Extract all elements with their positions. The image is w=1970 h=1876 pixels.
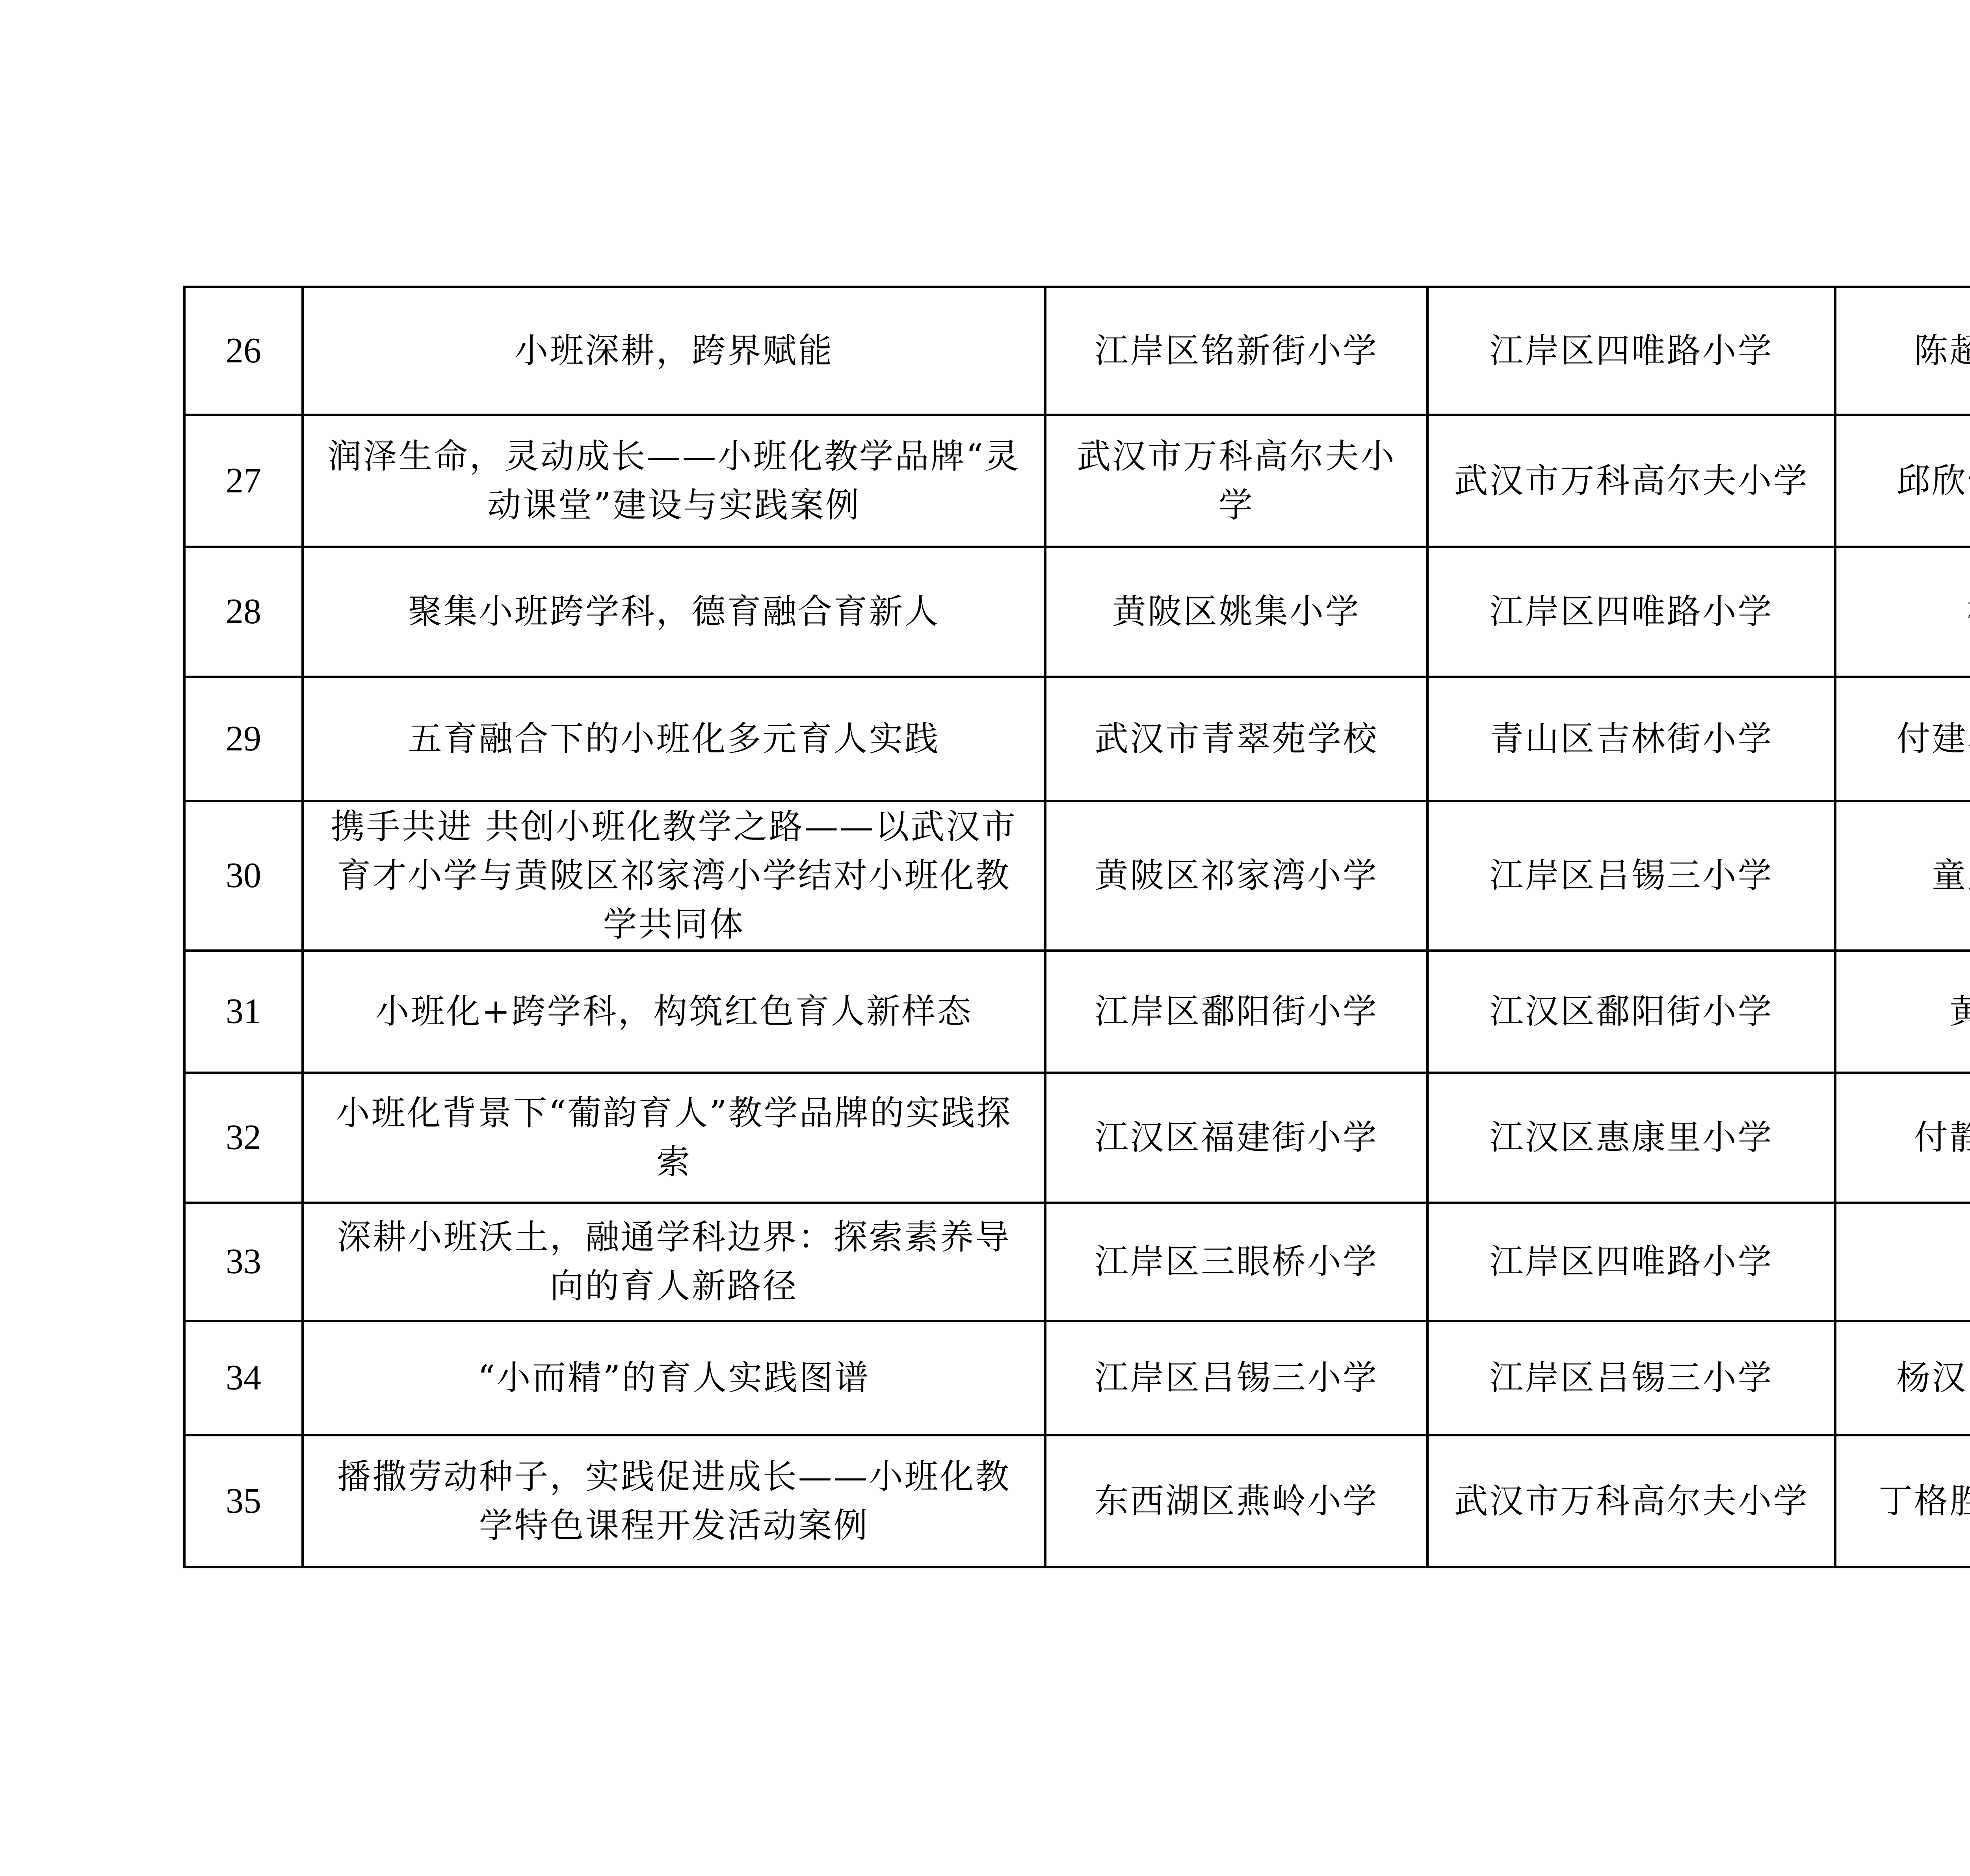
case-title: 播撒劳动种子，实践促进成长——小班化教学特色课程开发活动案例 <box>303 1435 1045 1567</box>
submitting-school: 黄陂区姚集小学 <box>1045 547 1427 677</box>
row-number: 26 <box>184 287 303 415</box>
authors: 杨汉中、雷云、戴波 <box>1835 1321 1970 1435</box>
authors: 谢文俊 <box>1835 1203 1970 1321</box>
authors: 丁格胜、杨德锋、冯威 <box>1835 1435 1970 1567</box>
submitting-school: 江岸区吕锡三小学 <box>1045 1321 1427 1435</box>
partner-school: 江汉区鄱阳街小学 <box>1427 951 1835 1073</box>
row-number: 32 <box>184 1073 303 1203</box>
table-row: 28 聚集小班跨学科，德育融合育新人 黄陂区姚集小学 江岸区四唯路小学 柳楷、喻… <box>184 547 1970 677</box>
table-row: 30 携手共进 共创小班化教学之路——以武汉市育才小学与黄陂区祁家湾小学结对小班… <box>184 801 1970 951</box>
submitting-school: 武汉市青翠苑学校 <box>1045 677 1427 801</box>
case-title: 小班化背景下“葡韵育人”教学品牌的实践探索 <box>303 1073 1045 1203</box>
row-number: 33 <box>184 1203 303 1321</box>
authors: 柳楷、喻丽 <box>1835 547 1970 677</box>
submitting-school: 江岸区铭新街小学 <box>1045 287 1427 415</box>
submitting-school: 东西湖区燕岭小学 <box>1045 1435 1427 1567</box>
authors: 邱欣怡、蔡青、高欣 <box>1835 415 1970 547</box>
case-title: 润泽生命，灵动成长——小班化教学品牌“灵动课堂”建设与实践案例 <box>303 415 1045 547</box>
table-row: 29 五育融合下的小班化多元育人实践 武汉市青翠苑学校 青山区吉林街小学 付建、… <box>184 677 1970 801</box>
submitting-school: 江岸区三眼桥小学 <box>1045 1203 1427 1321</box>
table-row: 31 小班化+跨学科，构筑红色育人新样态 江岸区鄱阳街小学 江汉区鄱阳街小学 黄… <box>184 951 1970 1073</box>
awards-table: 26 小班深耕，跨界赋能 江岸区铭新街小学 江岸区四唯路小学 陈超、舒凌、周萍 … <box>183 286 1970 1568</box>
submitting-school: 江汉区福建街小学 <box>1045 1073 1427 1203</box>
partner-school: 江汉区惠康里小学 <box>1427 1073 1835 1203</box>
case-title: 携手共进 共创小班化教学之路——以武汉市育才小学与黄陂区祁家湾小学结对小班化教学… <box>303 801 1045 951</box>
case-title: 深耕小班沃土，融通学科边界：探索素养导向的育人新路径 <box>303 1203 1045 1321</box>
case-title: 聚集小班跨学科，德育融合育新人 <box>303 547 1045 677</box>
submitting-school: 江岸区鄱阳街小学 <box>1045 951 1427 1073</box>
case-title: 小班化+跨学科，构筑红色育人新样态 <box>303 951 1045 1073</box>
partner-school: 江岸区吕锡三小学 <box>1427 801 1835 951</box>
authors: 陈超、舒凌、周萍 <box>1835 287 1970 415</box>
case-title: 五育融合下的小班化多元育人实践 <box>303 677 1045 801</box>
authors: 童启松、李珺婧 <box>1835 801 1970 951</box>
row-number: 34 <box>184 1321 303 1435</box>
awards-table-body: 26 小班深耕，跨界赋能 江岸区铭新街小学 江岸区四唯路小学 陈超、舒凌、周萍 … <box>184 287 1970 1567</box>
table-row: 32 小班化背景下“葡韵育人”教学品牌的实践探索 江汉区福建街小学 江汉区惠康里… <box>184 1073 1970 1203</box>
row-number: 35 <box>184 1435 303 1567</box>
partner-school: 江岸区四唯路小学 <box>1427 287 1835 415</box>
partner-school: 青山区吉林街小学 <box>1427 677 1835 801</box>
document-page: 26 小班深耕，跨界赋能 江岸区铭新街小学 江岸区四唯路小学 陈超、舒凌、周萍 … <box>0 0 1970 1876</box>
partner-school: 江岸区四唯路小学 <box>1427 547 1835 677</box>
row-number: 29 <box>184 677 303 801</box>
partner-school: 江岸区四唯路小学 <box>1427 1203 1835 1321</box>
case-title: 小班深耕，跨界赋能 <box>303 287 1045 415</box>
authors: 付静、刘静、李纲 <box>1835 1073 1970 1203</box>
submitting-school: 黄陂区祁家湾小学 <box>1045 801 1427 951</box>
table-row: 34 “小而精”的育人实践图谱 江岸区吕锡三小学 江岸区吕锡三小学 杨汉中、雷云… <box>184 1321 1970 1435</box>
row-number: 27 <box>184 415 303 547</box>
table-row: 33 深耕小班沃土，融通学科边界：探索素养导向的育人新路径 江岸区三眼桥小学 江… <box>184 1203 1970 1321</box>
table-row: 35 播撒劳动种子，实践促进成长——小班化教学特色课程开发活动案例 东西湖区燕岭… <box>184 1435 1970 1567</box>
table-row: 27 润泽生命，灵动成长——小班化教学品牌“灵动课堂”建设与实践案例 武汉市万科… <box>184 415 1970 547</box>
case-title: “小而精”的育人实践图谱 <box>303 1321 1045 1435</box>
submitting-school: 武汉市万科高尔夫小学 <box>1045 415 1427 547</box>
partner-school: 武汉市万科高尔夫小学 <box>1427 1435 1835 1567</box>
authors: 黄艳春、阮芬 <box>1835 951 1970 1073</box>
row-number: 31 <box>184 951 303 1073</box>
row-number: 30 <box>184 801 303 951</box>
partner-school: 武汉市万科高尔夫小学 <box>1427 415 1835 547</box>
partner-school: 江岸区吕锡三小学 <box>1427 1321 1835 1435</box>
table-row: 26 小班深耕，跨界赋能 江岸区铭新街小学 江岸区四唯路小学 陈超、舒凌、周萍 … <box>184 287 1970 415</box>
row-number: 28 <box>184 547 303 677</box>
authors: 付建、骆然、郭海霞 <box>1835 677 1970 801</box>
